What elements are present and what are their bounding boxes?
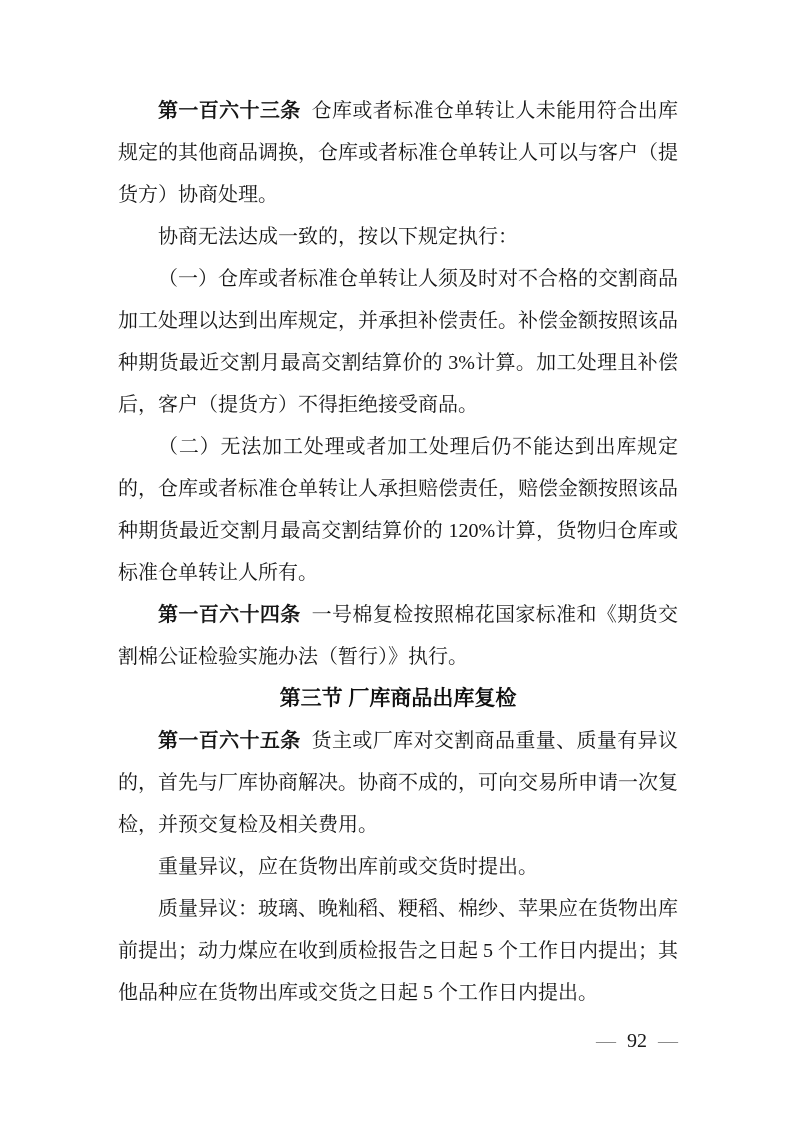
paragraph-text: （一）仓库或者标准仓单转让人须及时对不合格的交割商品加工处理以达到出库规定，并承…: [118, 268, 678, 416]
article-number: 第一百六十三条: [158, 100, 301, 122]
page-footer: —92—: [118, 1028, 678, 1054]
article-paragraph-163: 第一百六十三条仓库或者标准仓单转让人未能用符合出库规定的其他商品调换，仓库或者标…: [118, 90, 678, 216]
article-number: 第一百六十五条: [158, 730, 301, 752]
document-body: 第一百六十三条仓库或者标准仓单转让人未能用符合出库规定的其他商品调换，仓库或者标…: [118, 90, 678, 1014]
article-number: 第一百六十四条: [158, 604, 301, 626]
paragraph-text: 协商无法达成一致的，按以下规定执行：: [158, 226, 518, 248]
page-number: 92: [627, 1030, 647, 1052]
body-paragraph: 协商无法达成一致的，按以下规定执行：: [118, 216, 678, 258]
document-page: 第一百六十三条仓库或者标准仓单转让人未能用符合出库规定的其他商品调换，仓库或者标…: [0, 0, 793, 1122]
paragraph-text: （二）无法加工处理或者加工处理后仍不能达到出库规定的，仓库或者标准仓单转让人承担…: [118, 436, 678, 584]
footer-dash-left: —: [596, 1030, 616, 1052]
paragraph-text: 质量异议：玻璃、晚籼稻、粳稻、棉纱、苹果应在货物出库前提出；动力煤应在收到质检报…: [118, 898, 678, 1004]
article-paragraph-164: 第一百六十四条一号棉复检按照棉花国家标准和《期货交割棉公证检验实施办法（暂行）》…: [118, 594, 678, 678]
article-paragraph-165: 第一百六十五条货主或厂库对交割商品重量、质量有异议的，首先与厂库协商解决。协商不…: [118, 720, 678, 846]
body-paragraph-weight-objection: 重量异议，应在货物出库前或交货时提出。: [118, 846, 678, 888]
body-paragraph-quality-objection: 质量异议：玻璃、晚籼稻、粳稻、棉纱、苹果应在货物出库前提出；动力煤应在收到质检报…: [118, 888, 678, 1014]
body-paragraph-item-2: （二）无法加工处理或者加工处理后仍不能达到出库规定的，仓库或者标准仓单转让人承担…: [118, 426, 678, 594]
footer-dash-right: —: [658, 1030, 678, 1052]
section-heading: 第三节 厂库商品出库复检: [118, 678, 678, 720]
body-paragraph-item-1: （一）仓库或者标准仓单转让人须及时对不合格的交割商品加工处理以达到出库规定，并承…: [118, 258, 678, 426]
paragraph-text: 重量异议，应在货物出库前或交货时提出。: [158, 856, 538, 878]
